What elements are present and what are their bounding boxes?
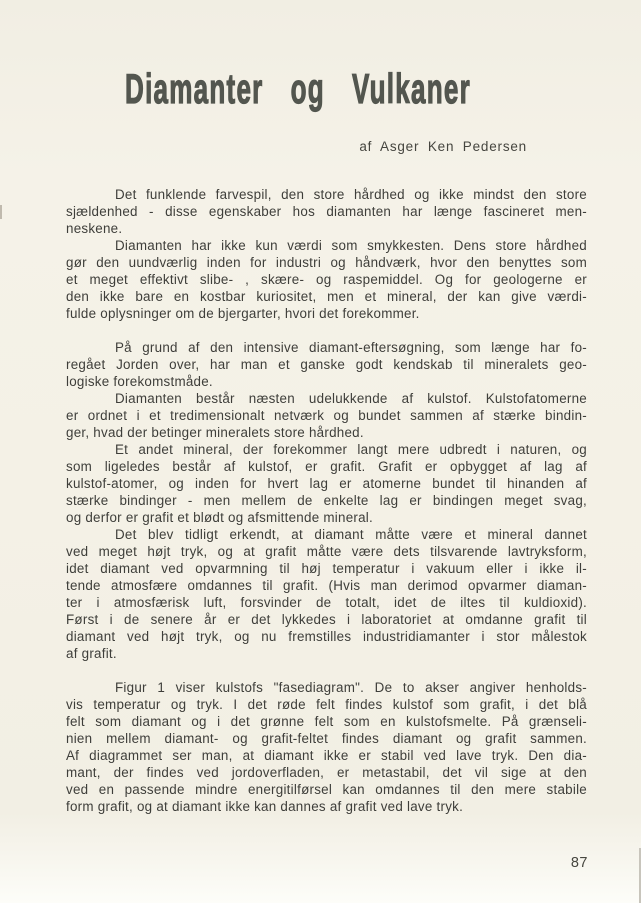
text-line: gør den uundværlig inden for industri og… [66,254,587,271]
text-line: kulstof-atomer, og inden for hvert lag e… [66,475,587,492]
text-line: nien mellem diamant- og grafit-feltet fi… [66,730,587,747]
text-line: et meget effektivt slibe- , skære- og ra… [66,271,587,288]
text-line: På grund af den intensive diamant-efters… [66,339,587,356]
text-line: diamant ved højt tryk, og nu fremstilles… [66,628,587,645]
paragraph: Diamanten består næsten udelukkende af k… [66,390,587,441]
text-line: er ordnet i et tredimensionalt netværk o… [66,407,587,424]
text-line: regået Jorden over, har man et ganske go… [66,356,587,373]
paragraph: Et andet mineral, der forekommer langt m… [66,441,587,526]
text-line: fulde oplysninger om de bjergarter, hvor… [66,305,587,322]
text-line: Det funklende farvespil, den store hårdh… [66,186,587,203]
text-line: Et andet mineral, der forekommer langt m… [66,441,587,458]
text-line: Diamanten består næsten udelukkende af k… [66,390,587,407]
page-number: 87 [66,855,588,871]
text-line: og derfor er grafit et blødt og afsmitte… [66,509,587,526]
paragraph: Det funklende farvespil, den store hårdh… [66,186,587,237]
text-line: neskene. [66,220,587,237]
text-line: tende atmosfære omdannes til grafit. (Hv… [66,577,587,594]
text-line: stærke bindinger - men mellem de enkelte… [66,492,587,509]
text-line: som ligeledes består af kulstof, er graf… [66,458,587,475]
text-line: ved meget højt tryk, og at grafit måtte … [66,543,587,560]
text-line: den ikke bare en kostbar kuriositet, men… [66,288,587,305]
text-line: Diamanten har ikke kun værdi som smykkes… [66,237,587,254]
text-line: af grafit. [66,645,587,662]
text-line: ger, hvad der betinger mineralets store … [66,424,587,441]
text-line: sjældenhed - disse egenskaber hos diaman… [66,203,587,220]
text-line: Det blev tidligt erkendt, at diamant måt… [66,526,587,543]
paragraph: Det blev tidligt erkendt, at diamant måt… [66,526,587,662]
text-line: felt som diamant og i det grønne felt so… [66,713,587,730]
article-body: Det funklende farvespil, den store hårdh… [66,186,587,815]
text-line: mant, der findes ved jordoverfladen, er … [66,764,587,781]
text-line: idet diamant ved opvarmning til høj temp… [66,560,587,577]
text-line: ved en passende mindre energitilførsel k… [66,781,587,798]
article-title: Diamanter og Vulkaner [113,66,483,112]
text-line: form grafit, og at diamant ikke kan dann… [66,798,587,815]
paragraph: Diamanten har ikke kun værdi som smykkes… [66,237,587,322]
text-line: vis temperatur og tryk. I det røde felt … [66,696,587,713]
paragraph: Figur 1 viser kulstofs "fasediagram". De… [66,679,587,815]
scanned-page: Diamanter og Vulkaner af Asger Ken Peder… [0,0,641,903]
text-line: Figur 1 viser kulstofs "fasediagram". De… [66,679,587,696]
text-line: ter i atmosfærisk luft, forsvinder de to… [66,594,587,611]
text-line: Først i de senere år er det lykkedes i l… [66,611,587,628]
scan-artifact-left-edge [0,205,2,219]
article-byline: af Asger Ken Pedersen [66,139,527,154]
paragraph: På grund af den intensive diamant-efters… [66,339,587,390]
text-line: logiske forekomstmåde. [66,373,587,390]
text-line: Af diagrammet ser man, at diamant ikke e… [66,747,587,764]
